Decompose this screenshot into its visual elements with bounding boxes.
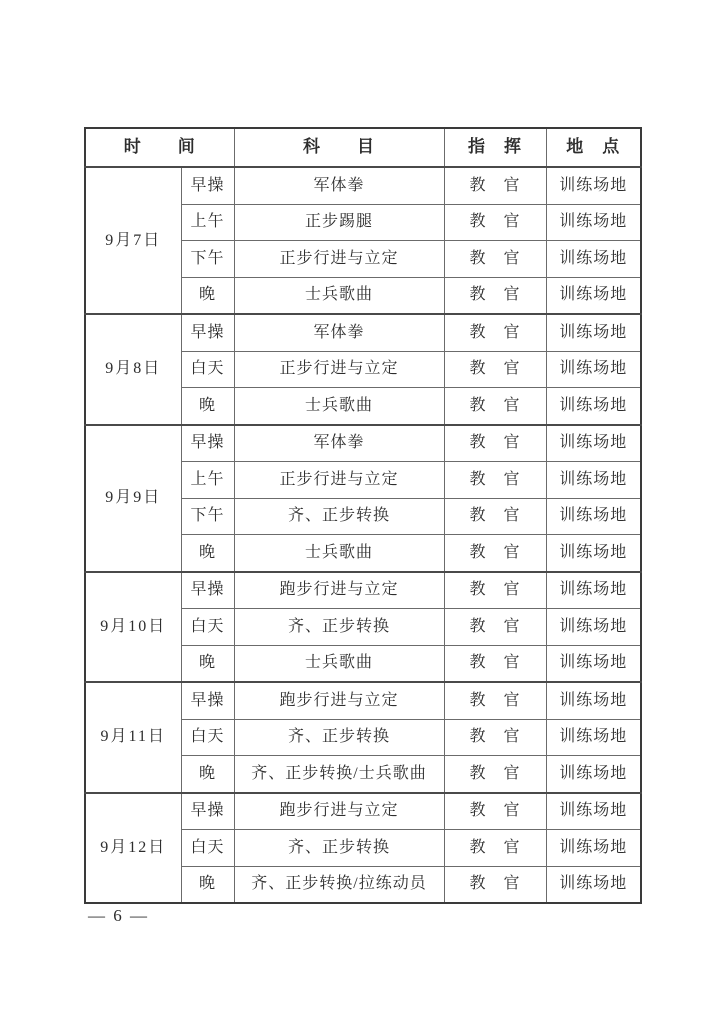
period-cell: 早操 — [181, 425, 234, 462]
subject-cell: 士兵歌曲 — [234, 535, 444, 572]
location-cell: 训练场地 — [546, 351, 641, 388]
subject-cell: 跑步行进与立定 — [234, 793, 444, 830]
commander-cell: 教 官 — [444, 241, 546, 278]
subject-cell: 跑步行进与立定 — [234, 682, 444, 719]
commander-cell: 教 官 — [444, 609, 546, 646]
date-cell: 9月8日 — [85, 314, 181, 425]
table-row: 9月8日早操军体拳教 官训练场地 — [85, 314, 641, 351]
period-cell: 早操 — [181, 572, 234, 609]
subject-cell: 士兵歌曲 — [234, 388, 444, 425]
header-location: 地 点 — [546, 128, 641, 167]
period-cell: 晚 — [181, 756, 234, 793]
period-cell: 上午 — [181, 204, 234, 241]
commander-cell: 教 官 — [444, 462, 546, 499]
location-cell: 训练场地 — [546, 645, 641, 682]
commander-cell: 教 官 — [444, 204, 546, 241]
schedule-table: 时 间 科 目 指 挥 地 点 9月7日早操军体拳教 官训练场地上午正步踢腿教 … — [84, 127, 642, 904]
location-cell: 训练场地 — [546, 682, 641, 719]
table-row: 9月10日早操跑步行进与立定教 官训练场地 — [85, 572, 641, 609]
subject-cell: 军体拳 — [234, 167, 444, 204]
commander-cell: 教 官 — [444, 314, 546, 351]
location-cell: 训练场地 — [546, 609, 641, 646]
commander-cell: 教 官 — [444, 388, 546, 425]
location-cell: 训练场地 — [546, 425, 641, 462]
header-row: 时 间 科 目 指 挥 地 点 — [85, 128, 641, 167]
table-row: 9月11日早操跑步行进与立定教 官训练场地 — [85, 682, 641, 719]
subject-cell: 正步行进与立定 — [234, 462, 444, 499]
commander-cell: 教 官 — [444, 645, 546, 682]
commander-cell: 教 官 — [444, 351, 546, 388]
location-cell: 训练场地 — [546, 830, 641, 867]
subject-cell: 齐、正步转换 — [234, 498, 444, 535]
date-cell: 9月12日 — [85, 793, 181, 904]
table-row: 9月12日早操跑步行进与立定教 官训练场地 — [85, 793, 641, 830]
schedule-table-body: 9月7日早操军体拳教 官训练场地上午正步踢腿教 官训练场地下午正步行进与立定教 … — [85, 167, 641, 903]
period-cell: 晚 — [181, 866, 234, 903]
subject-cell: 齐、正步转换 — [234, 830, 444, 867]
period-cell: 晚 — [181, 388, 234, 425]
subject-cell: 正步踢腿 — [234, 204, 444, 241]
period-cell: 早操 — [181, 167, 234, 204]
commander-cell: 教 官 — [444, 277, 546, 314]
location-cell: 训练场地 — [546, 314, 641, 351]
commander-cell: 教 官 — [444, 535, 546, 572]
location-cell: 训练场地 — [546, 167, 641, 204]
header-subject: 科 目 — [234, 128, 444, 167]
commander-cell: 教 官 — [444, 756, 546, 793]
period-cell: 白天 — [181, 351, 234, 388]
date-cell: 9月9日 — [85, 425, 181, 572]
date-cell: 9月7日 — [85, 167, 181, 314]
table-row: 9月9日早操军体拳教 官训练场地 — [85, 425, 641, 462]
location-cell: 训练场地 — [546, 719, 641, 756]
location-cell: 训练场地 — [546, 277, 641, 314]
commander-cell: 教 官 — [444, 682, 546, 719]
commander-cell: 教 官 — [444, 866, 546, 903]
header-commander: 指 挥 — [444, 128, 546, 167]
commander-cell: 教 官 — [444, 167, 546, 204]
subject-cell: 齐、正步转换/士兵歌曲 — [234, 756, 444, 793]
commander-cell: 教 官 — [444, 793, 546, 830]
location-cell: 训练场地 — [546, 572, 641, 609]
subject-cell: 齐、正步转换 — [234, 609, 444, 646]
subject-cell: 士兵歌曲 — [234, 277, 444, 314]
subject-cell: 军体拳 — [234, 425, 444, 462]
period-cell: 白天 — [181, 719, 234, 756]
subject-cell: 齐、正步转换/拉练动员 — [234, 866, 444, 903]
location-cell: 训练场地 — [546, 204, 641, 241]
commander-cell: 教 官 — [444, 719, 546, 756]
location-cell: 训练场地 — [546, 462, 641, 499]
period-cell: 早操 — [181, 682, 234, 719]
period-cell: 白天 — [181, 830, 234, 867]
date-cell: 9月10日 — [85, 572, 181, 683]
location-cell: 训练场地 — [546, 793, 641, 830]
commander-cell: 教 官 — [444, 830, 546, 867]
schedule-table-header: 时 间 科 目 指 挥 地 点 — [85, 128, 641, 167]
period-cell: 下午 — [181, 241, 234, 278]
location-cell: 训练场地 — [546, 756, 641, 793]
subject-cell: 正步行进与立定 — [234, 241, 444, 278]
location-cell: 训练场地 — [546, 241, 641, 278]
period-cell: 白天 — [181, 609, 234, 646]
period-cell: 晚 — [181, 277, 234, 314]
period-cell: 早操 — [181, 793, 234, 830]
location-cell: 训练场地 — [546, 535, 641, 572]
period-cell: 下午 — [181, 498, 234, 535]
page-number: — 6 — — [88, 906, 149, 926]
period-cell: 上午 — [181, 462, 234, 499]
subject-cell: 士兵歌曲 — [234, 645, 444, 682]
period-cell: 早操 — [181, 314, 234, 351]
commander-cell: 教 官 — [444, 572, 546, 609]
commander-cell: 教 官 — [444, 498, 546, 535]
subject-cell: 正步行进与立定 — [234, 351, 444, 388]
subject-cell: 跑步行进与立定 — [234, 572, 444, 609]
document-page: 时 间 科 目 指 挥 地 点 9月7日早操军体拳教 官训练场地上午正步踢腿教 … — [0, 0, 720, 1018]
header-time: 时 间 — [85, 128, 234, 167]
location-cell: 训练场地 — [546, 388, 641, 425]
date-cell: 9月11日 — [85, 682, 181, 793]
table-row: 9月7日早操军体拳教 官训练场地 — [85, 167, 641, 204]
location-cell: 训练场地 — [546, 866, 641, 903]
commander-cell: 教 官 — [444, 425, 546, 462]
location-cell: 训练场地 — [546, 498, 641, 535]
period-cell: 晚 — [181, 645, 234, 682]
subject-cell: 齐、正步转换 — [234, 719, 444, 756]
period-cell: 晚 — [181, 535, 234, 572]
subject-cell: 军体拳 — [234, 314, 444, 351]
